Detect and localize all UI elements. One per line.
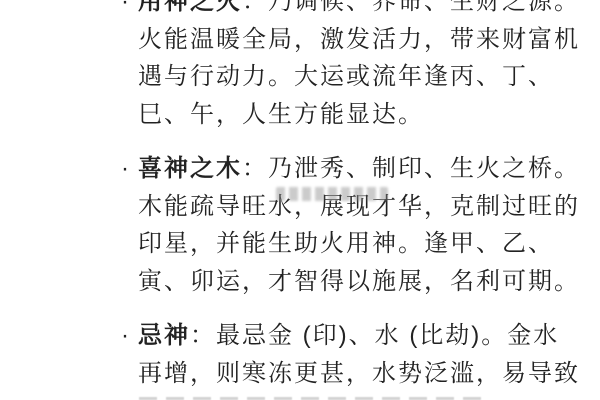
text-run: ：乃调候、养命、生财之源。 (242, 0, 580, 15)
list-item-jishen: ·忌神：最忌金 (印)、水 (比劫)。金水 再增，则寒冻更甚，水势泛滥，易导致 (138, 317, 580, 392)
bullet-icon: · (121, 317, 129, 355)
bullet-icon: · (121, 0, 129, 21)
bullet-icon: · (121, 150, 129, 188)
text-line: 火能温暖全局，激发活力，带来财富机 (138, 21, 580, 59)
term-xishen-wood: 喜神之木 (138, 155, 242, 182)
term-jishen: 忌神 (138, 322, 190, 349)
text-run: ：最忌金 (印)、水 (比劫)。金水 (190, 322, 559, 349)
text-line: 遇与行动力。大运或流年逢丙、丁、 (138, 58, 580, 96)
text-line: 巳、午，人生方能显达。 (138, 96, 580, 134)
text-line: ·用神之火：乃调候、养命、生财之源。 (138, 0, 580, 21)
watermark-smudge (276, 187, 388, 201)
term-yongshen-fire: 用神之火 (138, 0, 242, 15)
text-line: 印星，并能生助火用神。逢甲、乙、 (138, 225, 580, 263)
text-line: 再增，则寒冻更甚，水势泛滥，易导致 (138, 355, 580, 393)
list-item-yongshen-fire: ·用神之火：乃调候、养命、生财之源。 火能温暖全局，激发活力，带来财富机 遇与行… (138, 0, 580, 133)
text-line: ·忌神：最忌金 (印)、水 (比劫)。金水 (138, 317, 580, 355)
text-run: ：乃泄秀、制印、生火之桥。 (242, 155, 580, 182)
text-line: ·喜神之木：乃泄秀、制印、生火之桥。 (138, 150, 580, 188)
text-line: 寅、卯运，才智得以施展，名利可期。 (138, 263, 580, 301)
list-item-xishen-wood: ·喜神之木：乃泄秀、制印、生火之桥。 木能疏导旺水，展现才华，克制过旺的 印星，… (138, 150, 580, 300)
